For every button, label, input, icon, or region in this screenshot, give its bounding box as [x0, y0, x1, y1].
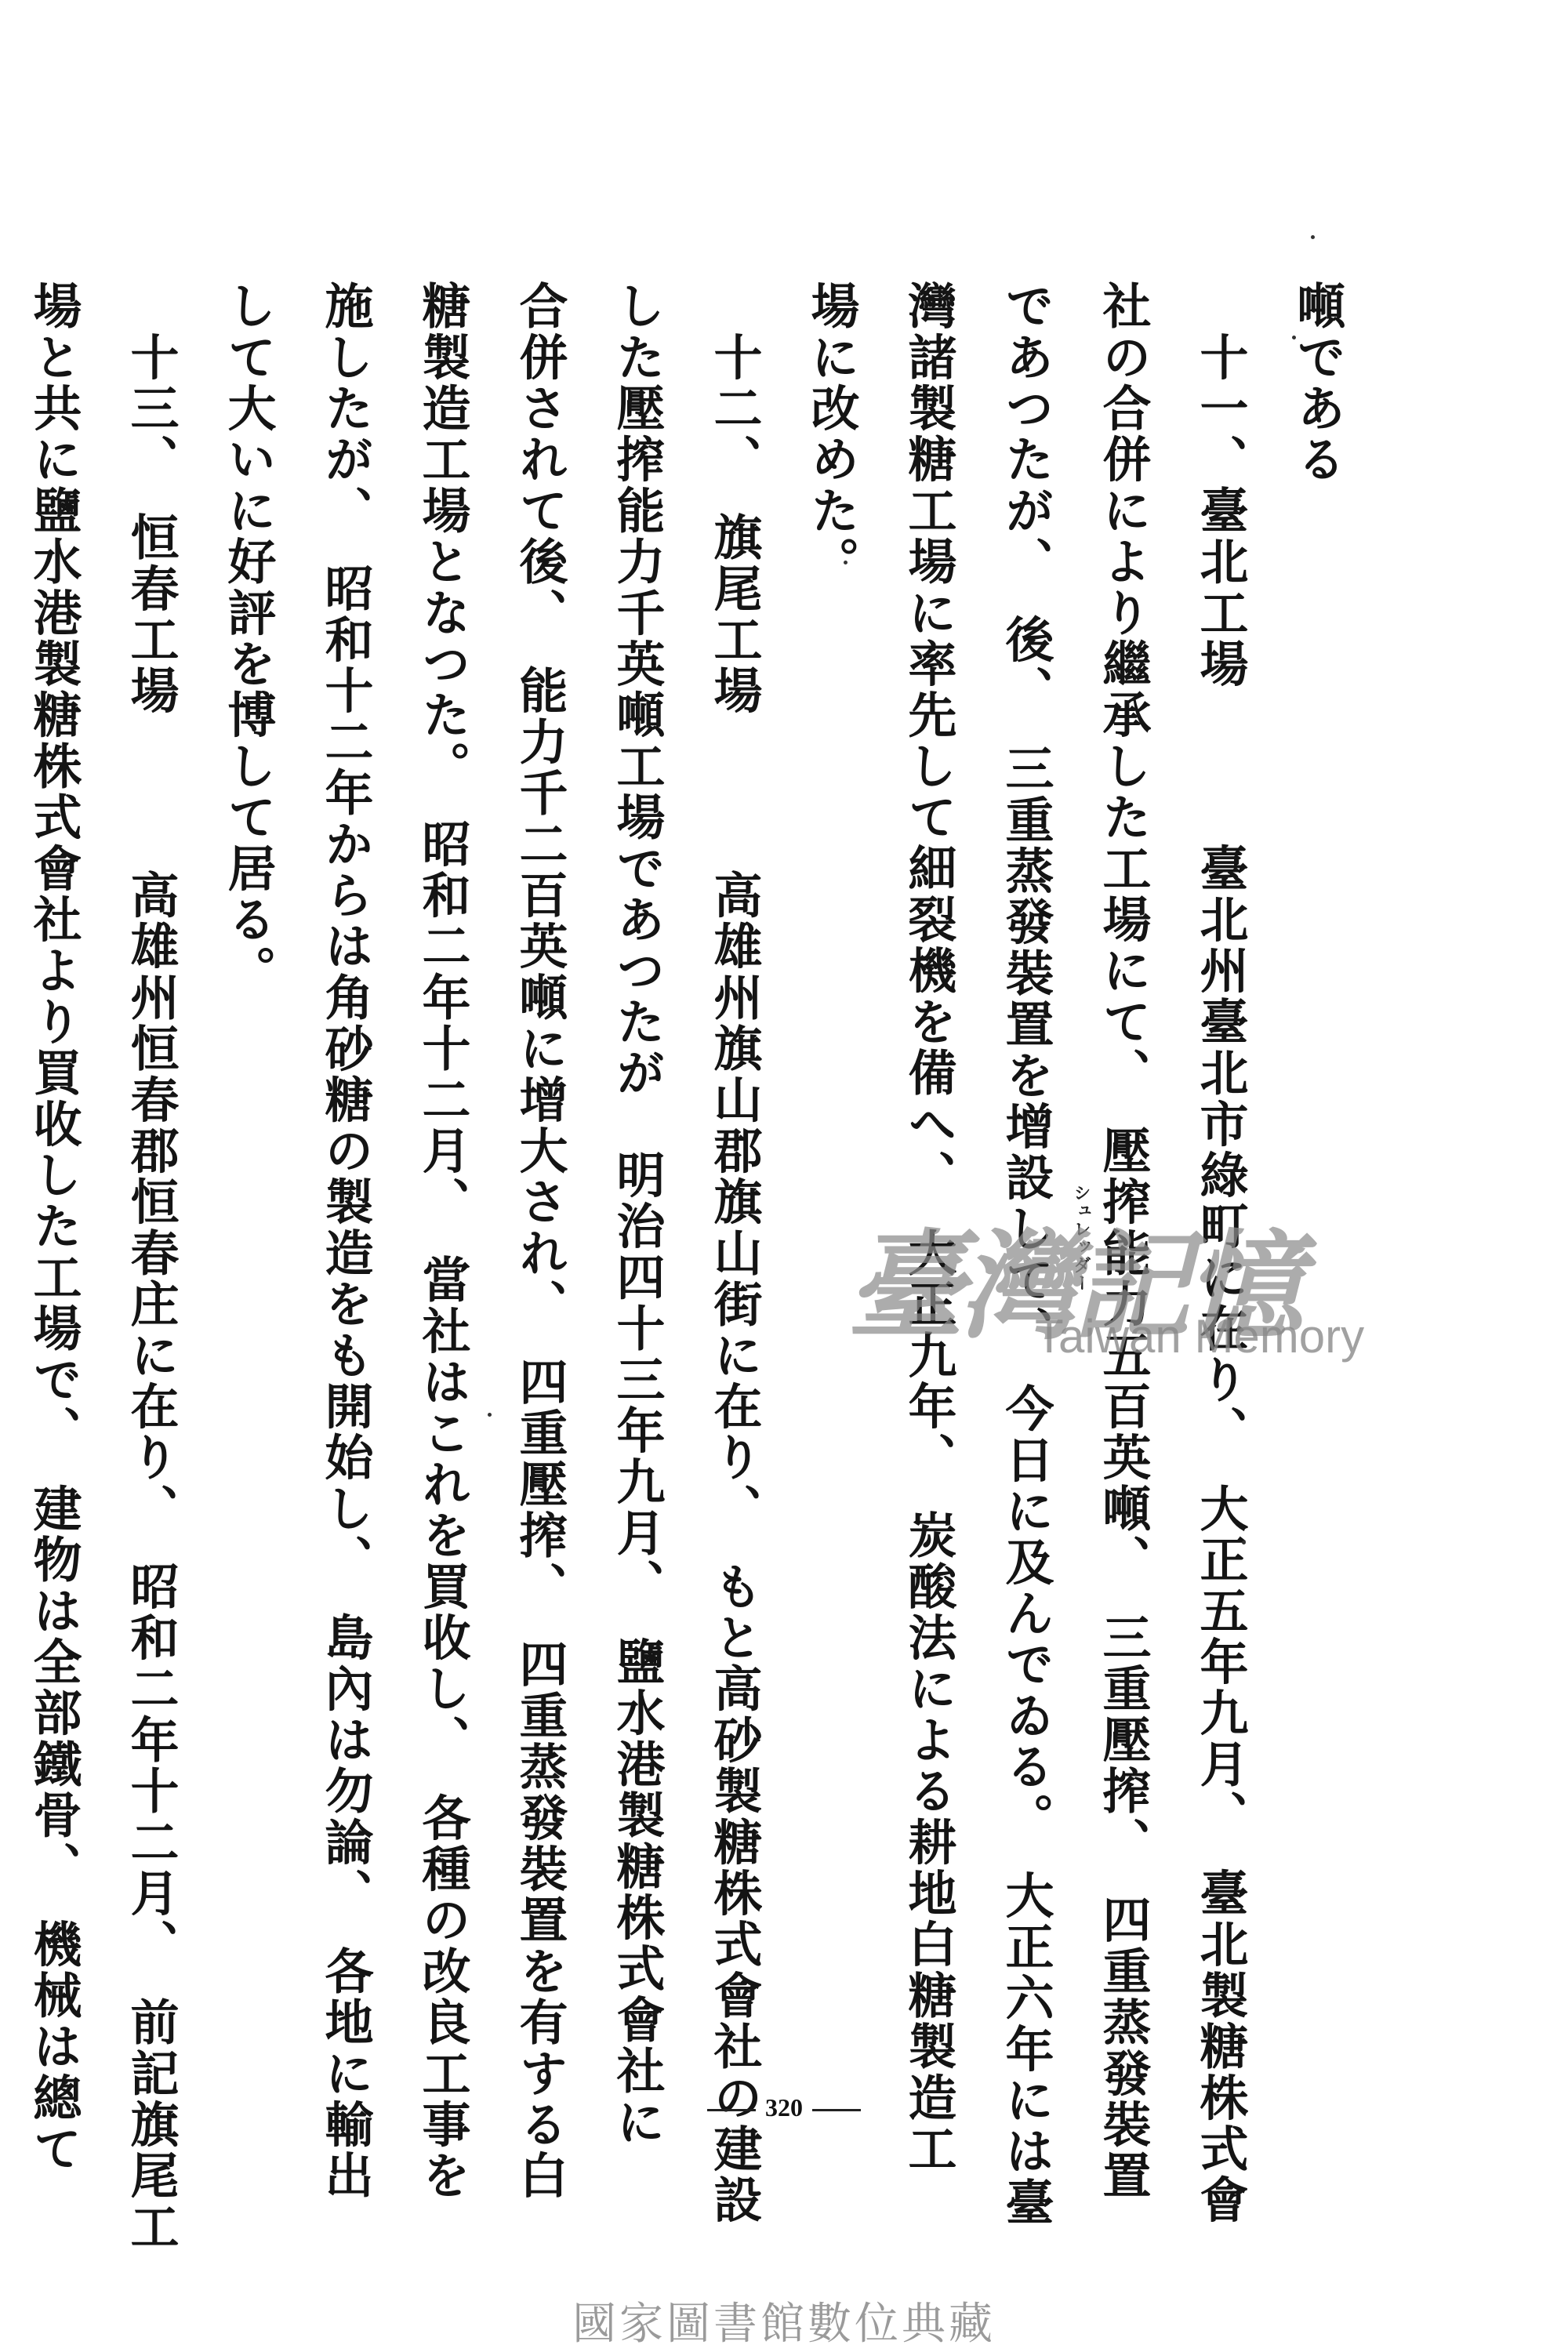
- text-column: 灣諸製糖工場に率先して細裂機を備へ、 大正九年、 炭酸法による耕地白糖製造工: [880, 281, 977, 2084]
- scan-speck: [488, 1413, 492, 1417]
- text-column: 合併されて後、 能力千二百英噸に增大され、 四重壓搾、 四重蒸發裝置を有する白: [491, 281, 588, 2084]
- scan-speck: [1292, 336, 1296, 339]
- page-number-dash-right: [812, 2109, 861, 2111]
- text-column: 場と共に鹽水港製糖株式會社より買收した工場で、 建物は全部鐵骨、 機械は總て: [5, 281, 102, 2084]
- page-number-value: 320: [765, 2093, 803, 2122]
- scan-speck: [1311, 235, 1315, 239]
- section-heading-taipei-factory: 十一、臺北工場 臺北州臺北市綠町に在り、 大正五年九月、 臺北製糖株式會: [1171, 281, 1269, 2084]
- scan-speck: [844, 561, 848, 564]
- text-column: 施したが、 昭和十二年からは角砂糖の製造をも開始し、 島內は勿論、 各地に輸出: [296, 281, 394, 2084]
- text-column: であつたが、 後、 三重蒸發裝置を增設して、 今日に及んでゐる。 大正六年には臺: [977, 281, 1074, 2084]
- ruby-annotation-shredder: シュレッダー: [1073, 1184, 1090, 1292]
- page-number: 320: [0, 2093, 1568, 2122]
- text-column: 社の合併により繼承した工場にて、 壓搾能力五百英噸、 三重壓搾、 四重蒸發裝置: [1074, 281, 1171, 2084]
- page-number-dash-left: [707, 2109, 756, 2111]
- text-column: して大いに好評を博して居る。: [199, 281, 296, 2084]
- section-heading-qiwei-factory: 十二、 旗尾工場 高雄州旗山郡旗山街に在り、 もと高砂製糖株式會社の建設: [685, 281, 782, 2084]
- section-heading-hengchun-factory: 十三、 恒春工場 高雄州恒春郡恒春庄に在り、 昭和二年十二月、 前記旗尾工: [102, 281, 199, 2084]
- library-footer: 國家圖書館數位典藏: [0, 2289, 1568, 2352]
- text-column: 糖製造工場となつた。 昭和二年十二月、 當社はこれを買收し、 各種の改良工事を: [394, 281, 491, 2084]
- scanned-book-page: 噸である 十一、臺北工場 臺北州臺北市綠町に在り、 大正五年九月、 臺北製糖株式…: [0, 0, 1568, 2352]
- scan-speck: [1242, 1541, 1246, 1544]
- text-column: 噸である: [1269, 281, 1366, 2084]
- vertical-text-body: 噸である 十一、臺北工場 臺北州臺北市綠町に在り、 大正五年九月、 臺北製糖株式…: [0, 281, 1366, 2084]
- text-column: 場に改めた。: [782, 281, 880, 2084]
- text-column: した壓搾能力千英噸工場であつたが 明治四十三年九月、 鹽水港製糖株式會社に: [588, 281, 685, 2084]
- text-column: 內國製である。 三重壓搾、 三重蒸發の裝置を有し、 能力三百五十英噸である。: [0, 281, 5, 2084]
